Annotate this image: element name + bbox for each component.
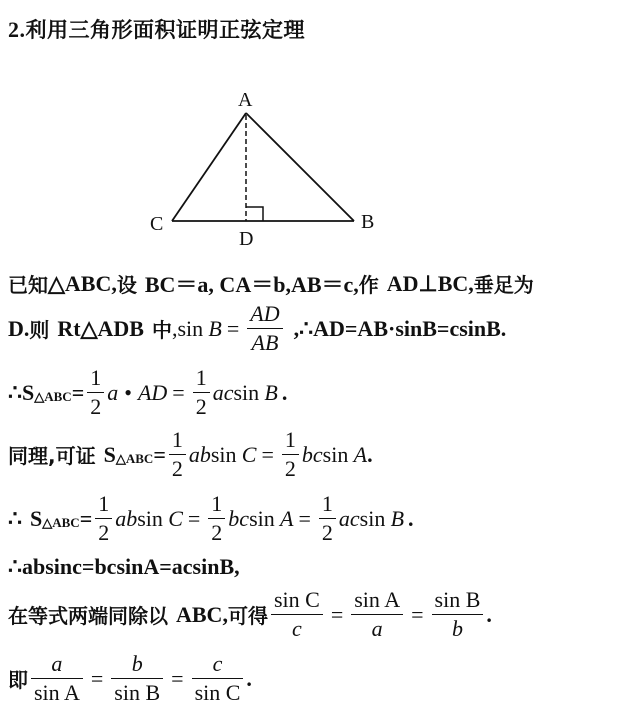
numerator: 1 [169, 428, 186, 452]
math: AD [138, 380, 167, 406]
right-angle-mark [246, 207, 263, 221]
denominator: sin C [192, 681, 244, 705]
denominator: a [369, 617, 386, 641]
numerator: 1 [193, 366, 210, 390]
text: BC＝a, CA＝b,AB＝c, [145, 268, 359, 299]
text: 中 [152, 314, 172, 343]
denominator: 2 [95, 521, 112, 545]
math: sin [323, 442, 349, 468]
vertex-label-b: B [361, 211, 374, 233]
text: ,∴AD=AB·sinB=csinB. [294, 316, 507, 342]
math: ab [115, 506, 137, 532]
numerator: 1 [95, 492, 112, 516]
text: AD⊥BC, [387, 271, 474, 297]
text: ABC, [176, 602, 228, 628]
math: sin [233, 380, 259, 406]
denominator: AB [249, 331, 282, 355]
text: D. [8, 316, 29, 342]
math: B [391, 506, 404, 532]
text: 则 [29, 314, 49, 343]
math: bc [302, 442, 323, 468]
numerator: 1 [87, 366, 104, 390]
proof-line-2: D. 则 Rt△ADB 中 , sin B = AD AB ,∴AD=AB·si… [8, 302, 506, 355]
math: • [124, 380, 132, 406]
math: ac [213, 380, 234, 406]
math: A [354, 442, 367, 468]
equals-sign: = [298, 506, 310, 532]
math: sin [137, 506, 163, 532]
text: △ABC, [48, 271, 117, 297]
therefore-symbol: ∴ [8, 506, 22, 532]
equals-sign: = [72, 380, 85, 406]
subscript: △ABC [116, 451, 153, 467]
denominator: 2 [193, 395, 210, 419]
numerator: 1 [208, 492, 225, 516]
equals-sign: = [91, 666, 103, 692]
math: C [168, 506, 183, 532]
equals-sign: = [331, 602, 343, 628]
text: . [486, 602, 492, 628]
text: 在等式两端同除以 [8, 600, 168, 629]
proof-line-5: ∴ S△ABC= 12 absin C = 12 bcsin A = 12 ac… [8, 492, 414, 545]
text: 即 [8, 664, 28, 693]
proof-line-7: 在等式两端同除以 ABC, 可得 sin Cc = sin Aa = sin B… [8, 588, 492, 641]
subscript: △ABC [34, 389, 71, 405]
equals-sign: = [171, 666, 183, 692]
numerator: sin C [271, 588, 323, 612]
math: bc [228, 506, 249, 532]
math: sin [211, 442, 237, 468]
numerator: a [48, 652, 65, 676]
math: A [280, 506, 293, 532]
denominator: sin A [31, 681, 83, 705]
triangle-diagram: A C B D [0, 0, 640, 260]
area-s: S [30, 506, 42, 532]
area-s: S [22, 380, 34, 406]
math: a [107, 380, 118, 406]
denominator: 2 [282, 457, 299, 481]
equals-sign: = [80, 506, 93, 532]
numerator: 1 [319, 492, 336, 516]
proof-line-4: 同理,可证 S△ABC= 12 absin C = 12 bcsin A . [8, 428, 373, 481]
equals-sign: = [261, 442, 273, 468]
area-s: S [104, 442, 116, 468]
math: sin [360, 506, 386, 532]
denominator: b [449, 617, 466, 641]
numerator: sin B [432, 588, 484, 612]
text: 设 [117, 269, 137, 298]
proof-line-6: ∴absinc=bcsinA=acsinB, [8, 554, 240, 580]
math: C [242, 442, 257, 468]
denominator: 2 [319, 521, 336, 545]
math: ab [189, 442, 211, 468]
text: . [282, 380, 288, 406]
denominator: c [289, 617, 305, 641]
text: ∴absinc=bcsinA=acsinB, [8, 554, 240, 580]
text: 已知 [8, 269, 48, 298]
math: sin [177, 316, 203, 342]
numerator: 1 [282, 428, 299, 452]
text: 可得 [228, 600, 268, 629]
math: ac [339, 506, 360, 532]
equals-sign: = [188, 506, 200, 532]
proof-line-3: ∴ S△ABC= 12 a • AD = 12 acsin B . [8, 366, 287, 419]
therefore-symbol: ∴ [8, 380, 22, 406]
text: 同理,可证 [8, 440, 96, 469]
text: . [367, 442, 373, 468]
numerator: b [129, 652, 146, 676]
numerator: c [210, 652, 226, 676]
fraction-ad-ab: AD AB [247, 302, 282, 355]
text: . [246, 666, 252, 692]
numerator: sin A [351, 588, 403, 612]
denominator: 2 [87, 395, 104, 419]
text: . [408, 506, 414, 532]
side-ab [246, 113, 354, 221]
denominator: 2 [208, 521, 225, 545]
denominator: 2 [169, 457, 186, 481]
math: B [208, 316, 221, 342]
vertex-label-a: A [238, 89, 253, 111]
equals-sign: = [411, 602, 423, 628]
denominator: sin B [111, 681, 163, 705]
vertex-label-d: D [239, 228, 253, 250]
math: sin [249, 506, 275, 532]
vertex-label-c: C [150, 213, 163, 235]
subscript: △ABC [42, 515, 79, 531]
equals-sign: = [227, 316, 239, 342]
equals-sign: = [172, 380, 184, 406]
equals-sign: = [153, 442, 166, 468]
math: B [264, 380, 277, 406]
side-ca [172, 113, 246, 221]
proof-line-1: 已知 △ABC, 设 BC＝a, CA＝b,AB＝c, 作 AD⊥BC, 垂足为 [8, 268, 534, 299]
numerator: AD [247, 302, 282, 326]
proof-line-8: 即 asin A = bsin B = csin C . [8, 652, 252, 705]
text: 垂足为 [474, 269, 534, 298]
text: 作 [359, 269, 379, 298]
text: Rt△ADB [57, 316, 144, 342]
